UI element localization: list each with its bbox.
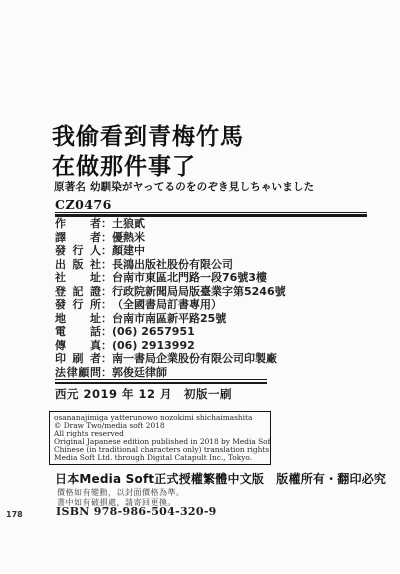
colophon-colon: ：: [101, 339, 112, 353]
colophon-label: 電話: [55, 325, 101, 339]
colophon-label: 印刷者: [55, 352, 101, 366]
colophon-colon: ：: [101, 258, 112, 272]
colophon-colon: ：: [101, 271, 112, 285]
colophon-label: 傳真: [55, 339, 101, 353]
divider-thin-middle: [55, 379, 267, 380]
colophon-page: 我偷看到青梅竹馬 在做那件事了 原著名 幼馴染がヤってるのをのぞき見しちゃいまし…: [0, 0, 400, 574]
colophon-value: (06) 2913992: [112, 339, 195, 352]
isbn-number: ISBN 978-986-504-320-9: [56, 505, 217, 518]
license-statement: 日本Media Soft正式授權繁體中文版 版權所有・翻印必究: [55, 470, 386, 487]
colophon-colon: ：: [101, 366, 112, 380]
colophon-label: 出版社: [55, 258, 101, 272]
colophon-label: 社址: [55, 271, 101, 285]
colophon-colon: ：: [101, 352, 112, 366]
colophon-label: 作者: [55, 217, 101, 231]
colophon-value: 土狼貳: [112, 217, 145, 230]
colophon-row-distributor: 發行所：（全國書局訂書專用）: [55, 298, 375, 312]
colophon-colon: ：: [101, 244, 112, 258]
colophon-value: 台南市東區北門路一段76號3樓: [112, 271, 267, 284]
colophon-value: 台南市南區新平路25號: [112, 312, 226, 325]
colophon-label: 法律顧問: [55, 366, 101, 380]
colophon-label: 發行所: [55, 298, 101, 312]
page-number: 178: [6, 510, 23, 519]
colophon-value: (06) 2657951: [112, 325, 195, 338]
copyright-notice-box: osananajimiga yatterunowo nozokimi shich…: [49, 411, 271, 465]
colophon-row-telephone: 電話：(06) 2657951: [55, 325, 375, 339]
colophon-row-fax: 傳真：(06) 2913992: [55, 339, 375, 353]
colophon-colon: ：: [101, 298, 112, 312]
colophon-label: 發行人: [55, 244, 101, 258]
colophon-row-publishing-house: 出版社：長鴻出版社股份有限公司: [55, 258, 375, 272]
colophon-colon: ：: [101, 312, 112, 326]
copyright-line-translation-2: Media Soft Ltd. through Digital Catapult…: [54, 454, 267, 462]
colophon-row-legal-advisor: 法律顧問：郭俊廷律師: [55, 366, 375, 380]
colophon-value: 長鴻出版社股份有限公司: [112, 258, 233, 271]
colophon-label: 地址: [55, 312, 101, 326]
colophon-value: 郭俊廷律師: [112, 366, 167, 379]
colophon-value: 顏建中: [112, 244, 145, 257]
divider-thin-top: [55, 212, 367, 213]
colophon-label: 登記證: [55, 285, 101, 299]
colophon-colon: ：: [101, 285, 112, 299]
colophon-row-translator: 譯者：優熱米: [55, 231, 375, 245]
colophon-value: 優熱米: [112, 231, 145, 244]
colophon-colon: ：: [101, 217, 112, 231]
publication-info-list: 作者：土狼貳 譯者：優熱米 發行人：顏建中 出版社：長鴻出版社股份有限公司 社址…: [55, 217, 375, 380]
colophon-row-publisher-person: 發行人：顏建中: [55, 244, 375, 258]
colophon-colon: ：: [101, 325, 112, 339]
colophon-row-office-address: 社址：台南市東區北門路一段76號3樓: [55, 271, 375, 285]
colophon-row-registration: 登記證：行政院新聞局局版臺業字第5246號: [55, 285, 375, 299]
book-title-line1: 我偷看到青梅竹馬: [52, 122, 244, 152]
colophon-value: 南一書局企業股份有限公司印製廠: [112, 352, 277, 365]
edition-date: 西元 2019 年 12 月 初版一刷: [55, 386, 232, 402]
colophon-label: 譯者: [55, 231, 101, 245]
product-code: CZ0476: [55, 197, 112, 212]
colophon-value: （全國書局訂書專用）: [112, 298, 222, 311]
book-title-line2: 在做那件事了: [52, 152, 244, 182]
colophon-row-printer: 印刷者：南一書局企業股份有限公司印製廠: [55, 352, 375, 366]
colophon-row-author: 作者：土狼貳: [55, 217, 375, 231]
colophon-colon: ：: [101, 231, 112, 245]
divider-thick-middle: [55, 382, 267, 385]
colophon-value: 行政院新聞局局版臺業字第5246號: [112, 285, 286, 298]
original-title: 原著名 幼馴染がヤってるのをのぞき見しちゃいました: [54, 179, 314, 194]
colophon-row-address: 地址：台南市南區新平路25號: [55, 312, 375, 326]
book-title: 我偷看到青梅竹馬 在做那件事了: [52, 122, 244, 182]
